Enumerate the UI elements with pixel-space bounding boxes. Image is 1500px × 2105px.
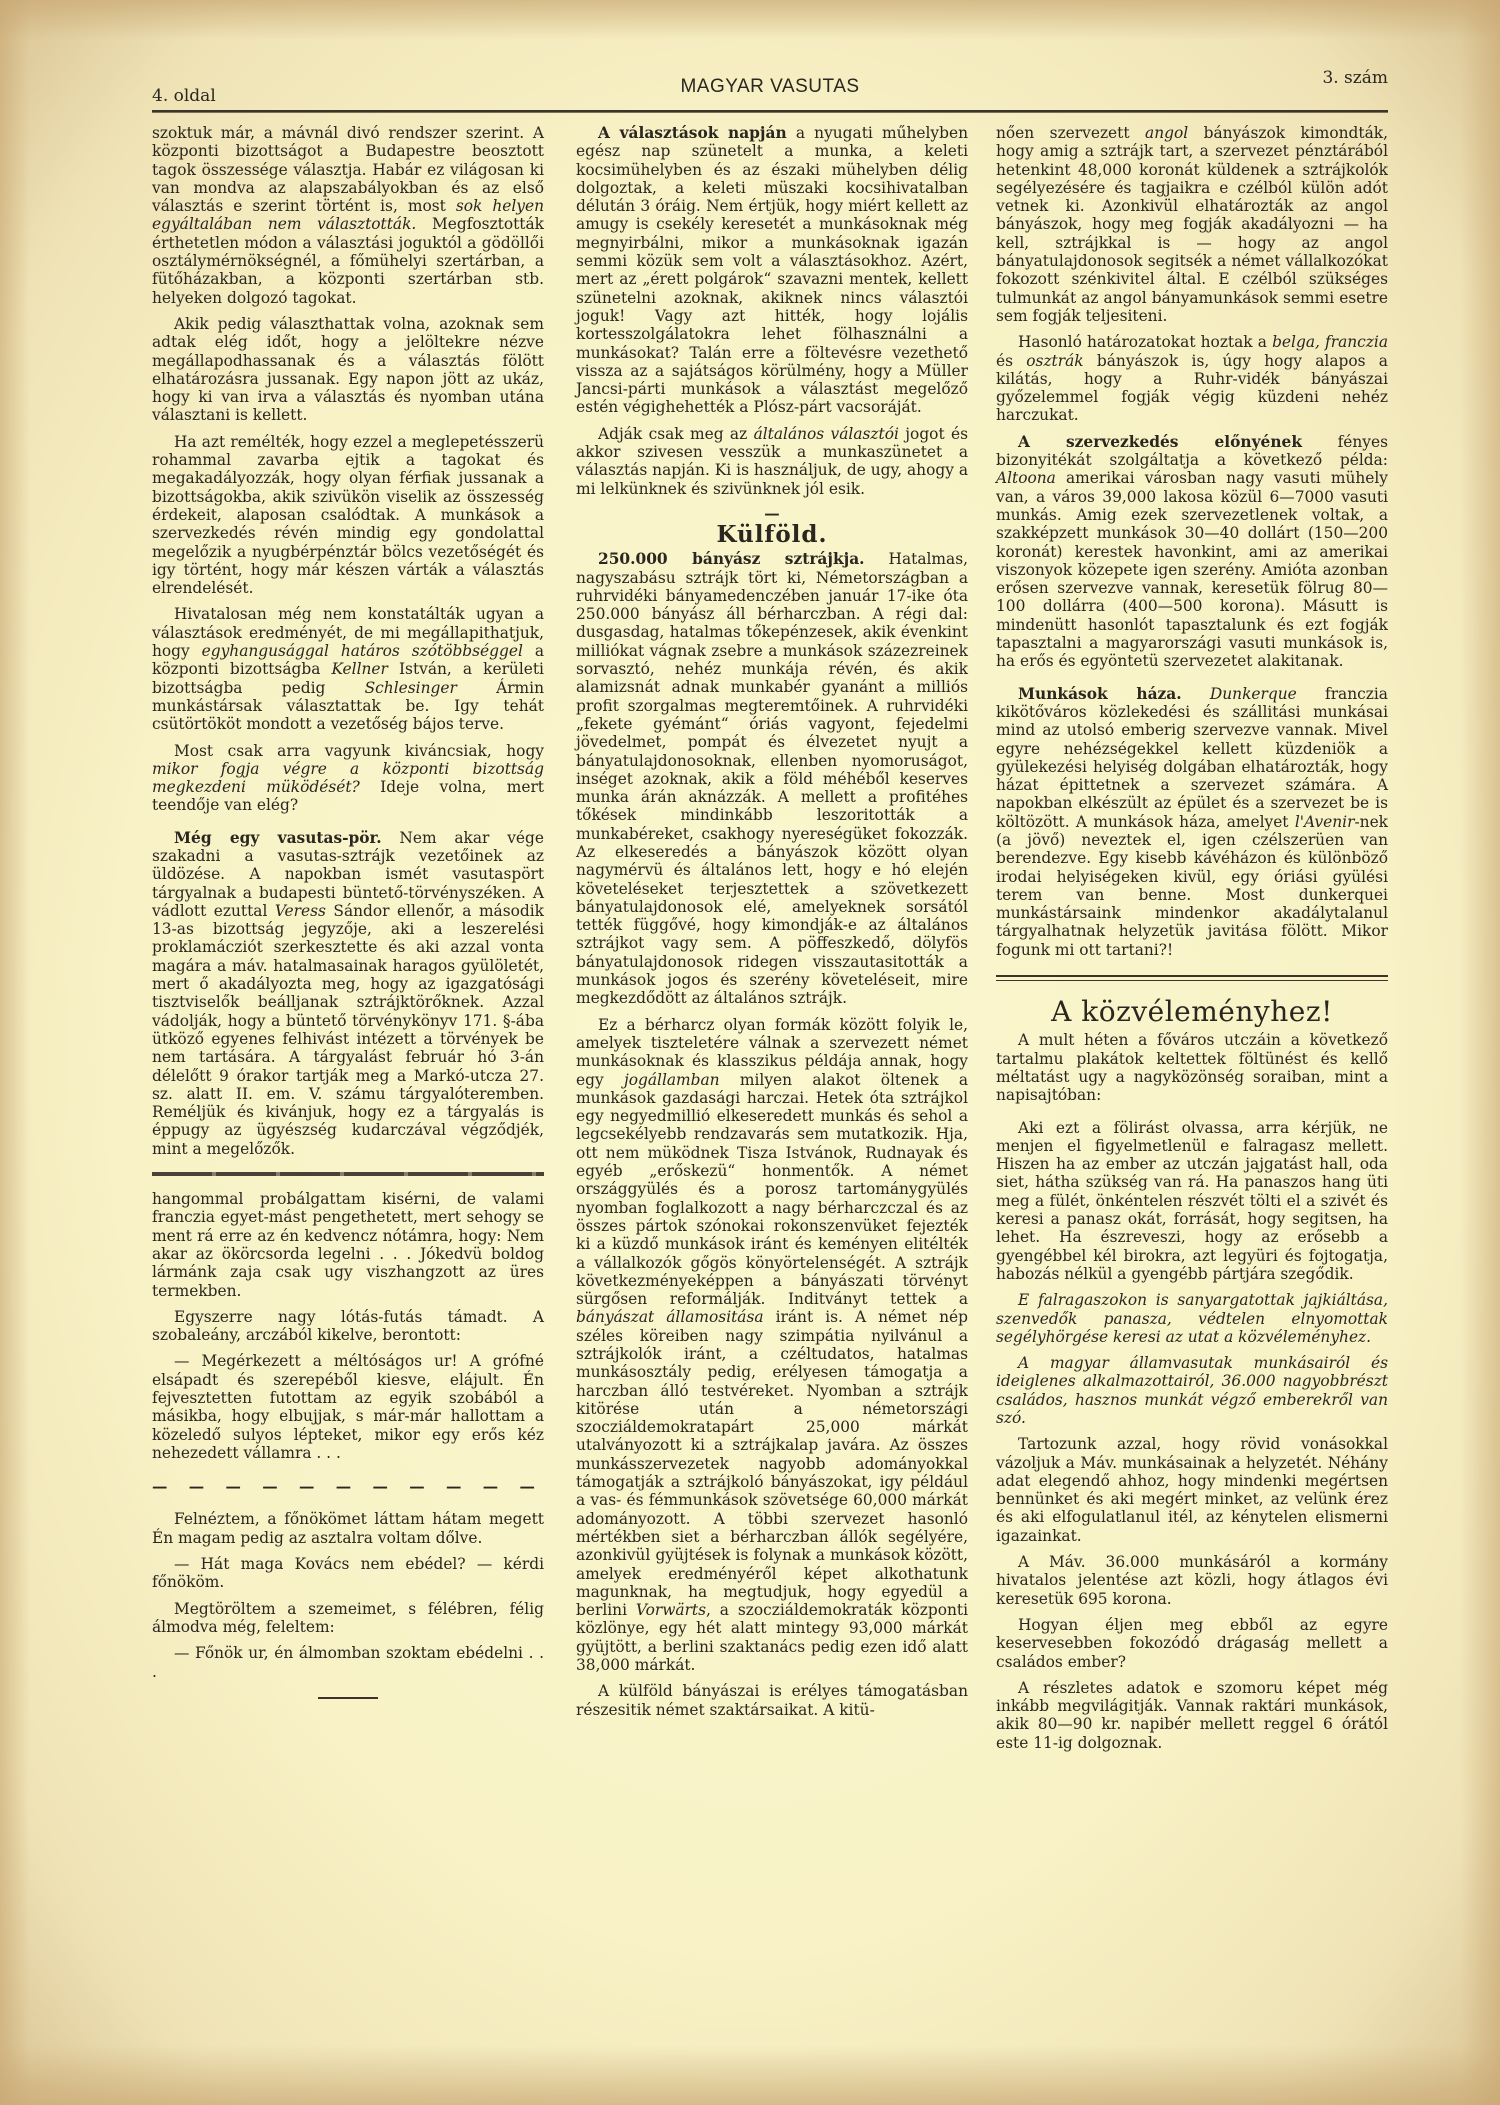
article-vasutas-por: Még egy vasutas-pör. Nem akar vége szaka…: [152, 829, 544, 1158]
paragraph: Akik pedig választhattak volna, azoknak …: [152, 315, 544, 425]
feuilleton-paragraph: — Főnök ur, én álmomban szoktam ebédelni…: [152, 1644, 544, 1681]
column-2: A választások napján a nyugati műhelyben…: [576, 124, 968, 1719]
paper-edge-right: [1460, 0, 1500, 2105]
appeal-paragraph: E falragaszokon is sanyargatottak jajkiá…: [996, 1291, 1388, 1346]
end-rule: [318, 1697, 378, 1699]
article-valasztasok: A választások napján a nyugati műhelyben…: [576, 124, 968, 417]
feuilleton-paragraph: Megtöröltem a szemeimet, s félébren, fél…: [152, 1600, 544, 1637]
appeal-paragraph: Hogyan éljen meg ebből az egyre keserves…: [996, 1616, 1388, 1671]
newspaper-page: 4. oldal MAGYAR VASUTAS 3. szám szoktuk …: [152, 64, 1388, 2054]
paper-edge-left: [0, 0, 30, 2105]
double-rule: [996, 975, 1388, 981]
article-banyasz-sztrajk: 250.000 bányász sztrájkja. Hatalmas, nag…: [576, 550, 968, 1007]
publication-title: MAGYAR VASUTAS: [152, 76, 1388, 98]
article-heading: A szervezkedés előnyének: [1018, 433, 1302, 451]
paragraph: Hivatalosan még nem konstatálták ugyan a…: [152, 605, 544, 733]
appeal-paragraph: A mult héten a főváros utczáin a követke…: [996, 1031, 1388, 1104]
header-rule: [152, 110, 1388, 113]
paragraph: Hasonló határozatokat hoztak a belga, fr…: [996, 333, 1388, 424]
feuilleton-paragraph: Felnéztem, a főnökömet láttam hátam mege…: [152, 1510, 544, 1547]
feuilleton-rule: [152, 1172, 544, 1176]
paper-edge-top: [0, 0, 1500, 40]
feuilleton-paragraph: — Megérkezett a méltóságos ur! A grófné …: [152, 1352, 544, 1462]
feuilleton-paragraph: — Hát maga Kovács nem ebédel? — kérdi fő…: [152, 1555, 544, 1592]
issue-number: 3. szám: [1322, 68, 1388, 88]
article-szervezkedes: A szervezkedés előnyének fényes bizonyit…: [996, 433, 1388, 671]
appeal-paragraph: A részletes adatok e szomoru képet még i…: [996, 1679, 1388, 1752]
paragraph: Ez a bérharcz olyan formák között folyik…: [576, 1016, 968, 1675]
column-1: szoktuk már, a mávnál divó rendszer szer…: [152, 124, 544, 1699]
paragraph: Most csak arra vagyunk kiváncsiak, hogy …: [152, 742, 544, 815]
columns: szoktuk már, a mávnál divó rendszer szer…: [152, 124, 1388, 2024]
feuilleton-paragraph: hangommal probálgattam kisérni, de valam…: [152, 1190, 544, 1300]
paragraph: A külföld bányászai is erélyes támogatás…: [576, 1682, 968, 1719]
appeal-paragraph: Tartozunk azzal, hogy rövid vonásokkal v…: [996, 1435, 1388, 1545]
paragraph: Adják csak meg az általános választói jo…: [576, 425, 968, 498]
appeal-heading: A közvéleményhez!: [996, 1003, 1388, 1021]
paragraph: szoktuk már, a mávnál divó rendszer szer…: [152, 124, 544, 307]
appeal-paragraph: A magyar államvasutak munkásairól és ide…: [996, 1354, 1388, 1427]
page-header: 4. oldal MAGYAR VASUTAS 3. szám: [152, 64, 1388, 106]
article-heading: A választások napján: [598, 124, 787, 142]
feuilleton-paragraph: Egyszerre nagy lótás-futás támadt. A szo…: [152, 1308, 544, 1345]
short-divider: —: [576, 508, 968, 520]
paragraph: nően szervezett angol bányászok kimondtá…: [996, 124, 1388, 325]
article-heading: Még egy vasutas-pör.: [174, 829, 382, 847]
article-heading: Munkások háza.: [1018, 685, 1182, 703]
section-heading-kulfold: Külföld.: [576, 526, 968, 544]
article-munkasok-haza: Munkások háza. Dunkerque franczia kikötő…: [996, 685, 1388, 959]
paragraph: Ha azt remélték, hogy ezzel a meglepetés…: [152, 433, 544, 598]
appeal-paragraph: Aki ezt a fölirást olvassa, arra kérjük,…: [996, 1119, 1388, 1284]
column-3: nően szervezett angol bányászok kimondtá…: [996, 124, 1388, 1752]
appeal-paragraph: A Máv. 36.000 munkásáról a kormány hivat…: [996, 1553, 1388, 1608]
paper-edge-bottom: [0, 2045, 1500, 2105]
dash-separator: — — — — — — — — — — — — —: [152, 1478, 544, 1496]
article-heading: 250.000 bányász sztrájkja.: [598, 550, 865, 568]
